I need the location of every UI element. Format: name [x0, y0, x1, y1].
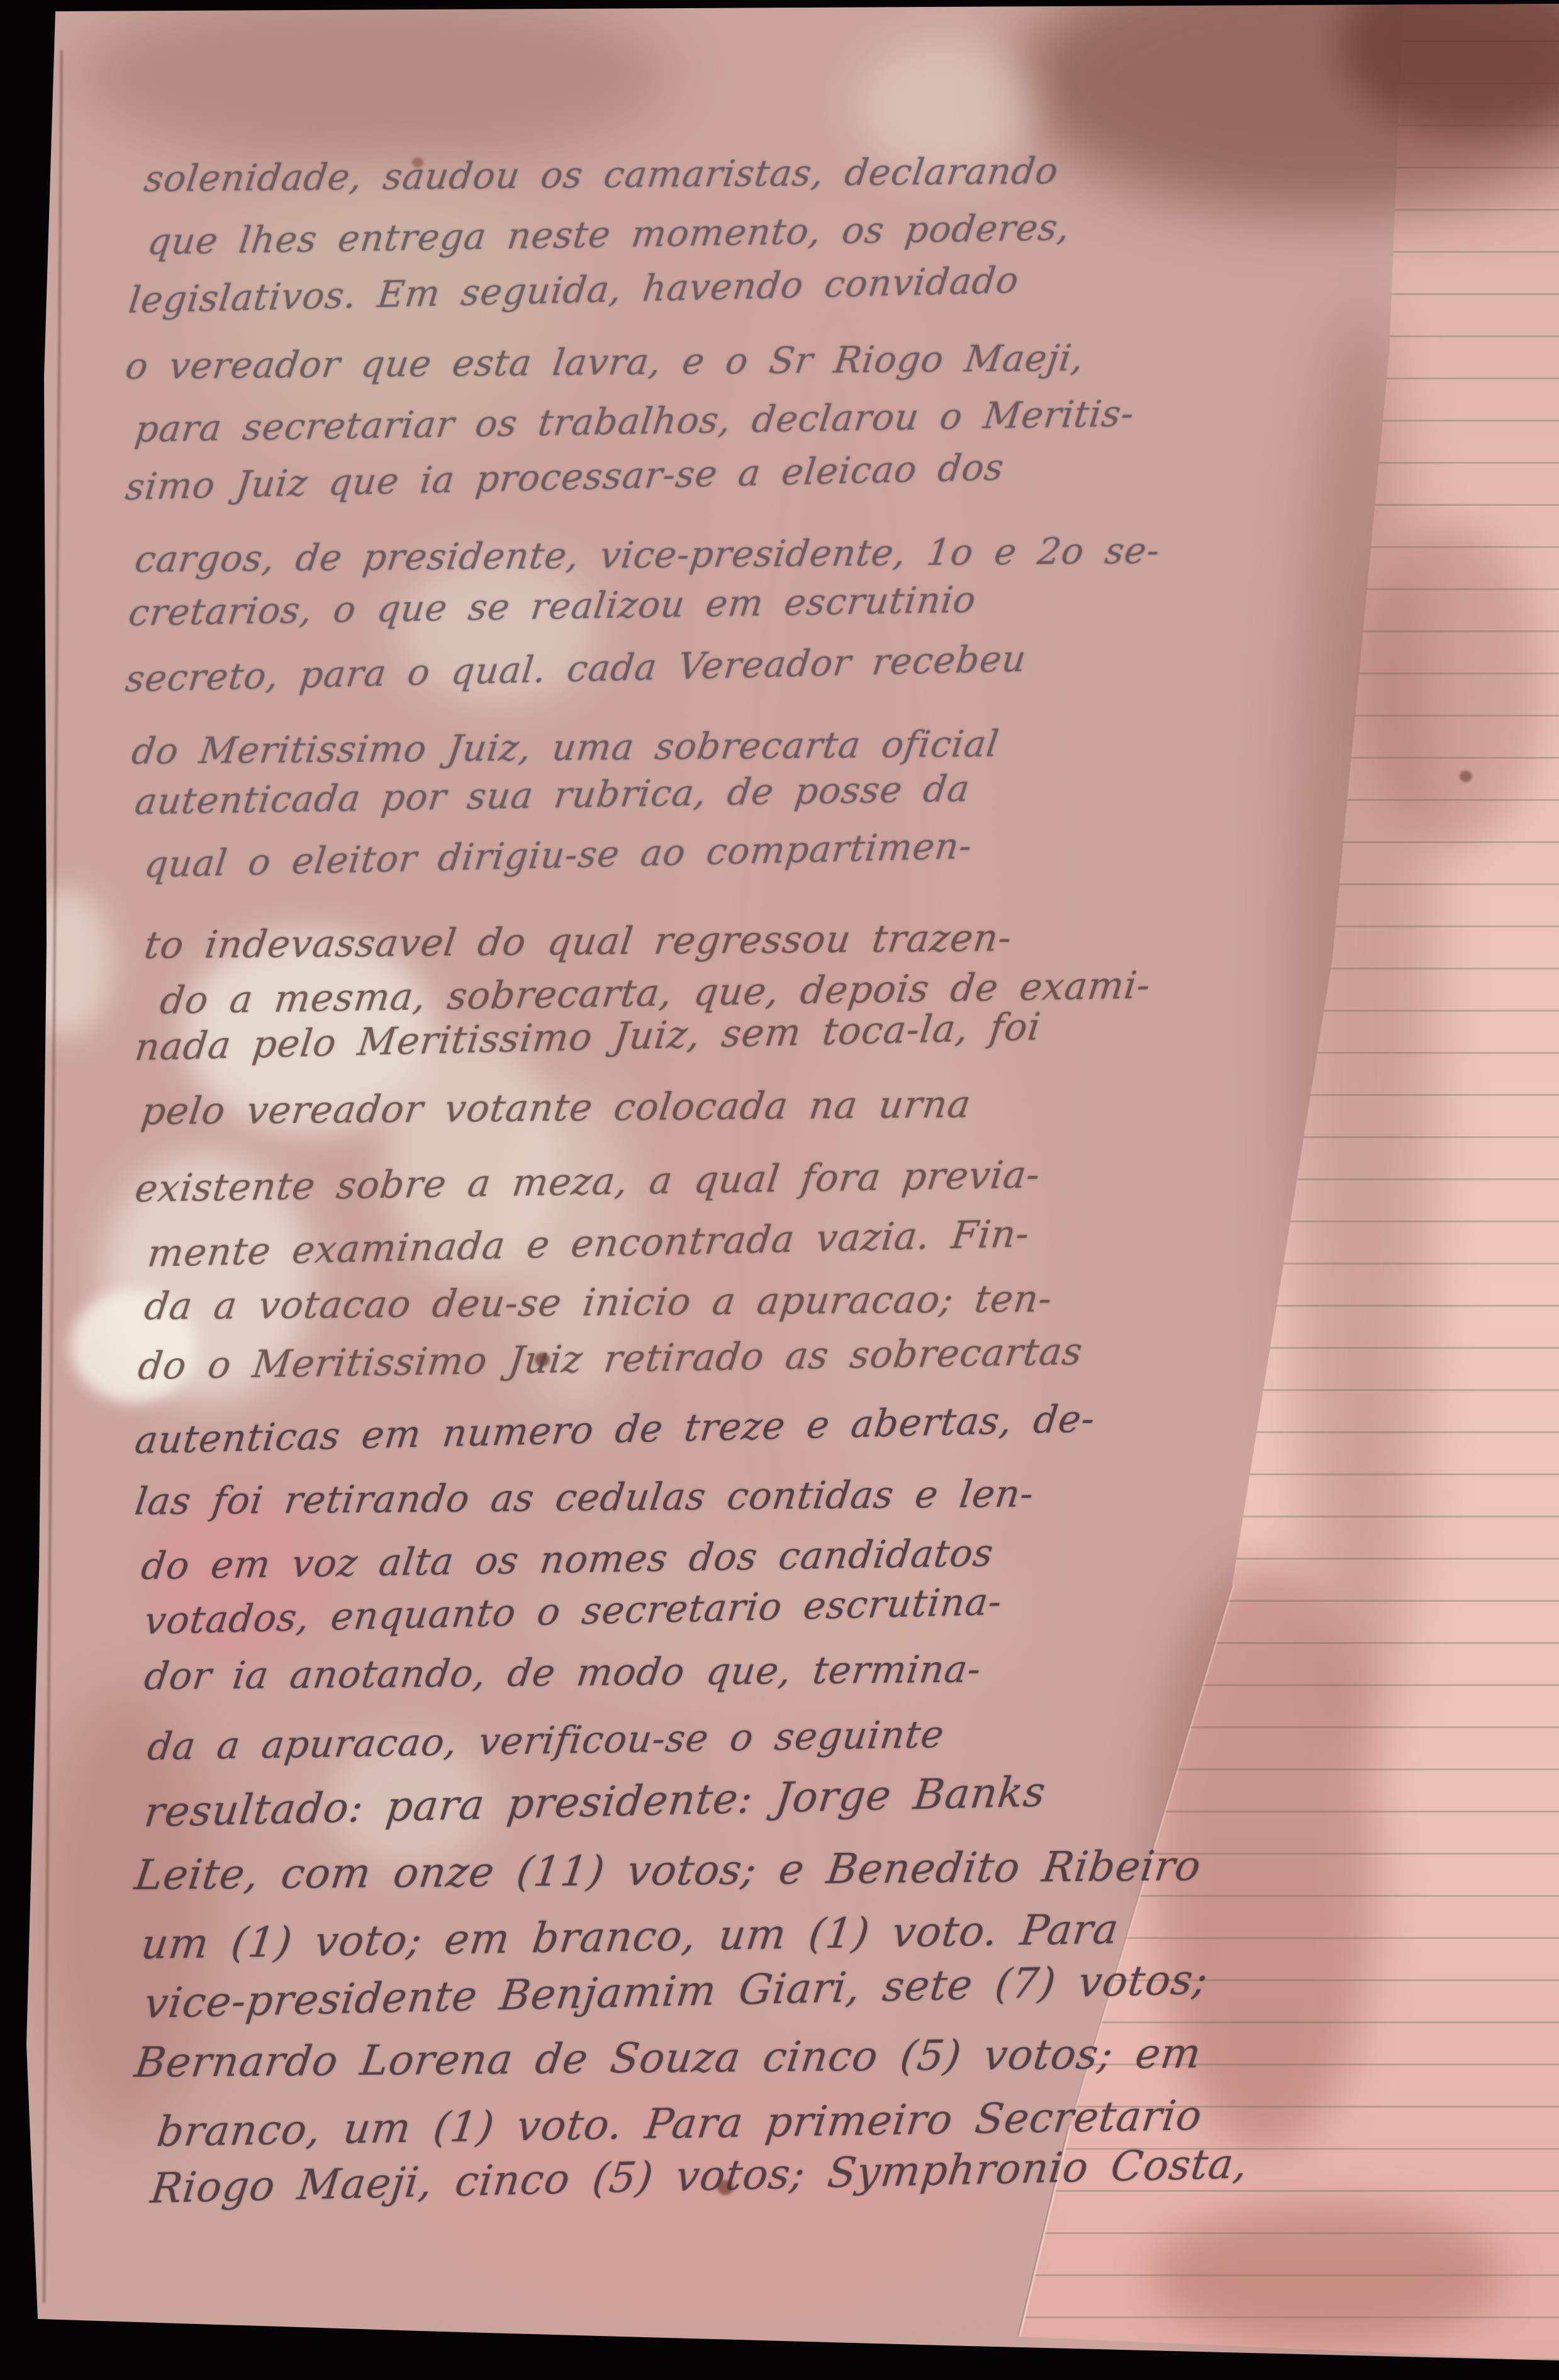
handwritten-line: da a votacao deu-se inicio a apuracao; t…	[142, 1277, 1054, 1329]
handwritten-line: Bernardo Lorena de Souza cinco (5) votos…	[132, 2029, 1204, 2087]
handwritten-line: cretarios, o que se realizou em escrutin…	[126, 578, 979, 634]
handwritten-line: autenticas em numero de treze e abertas,…	[133, 1397, 1098, 1463]
handwritten-line: Leite, com onze (11) votos; e Benedito R…	[132, 1841, 1204, 1899]
handwritten-line: votados, enquanto o secretario escrutina…	[142, 1580, 1005, 1643]
handwritten-line: resultado: para presidente: Jorge Banks	[142, 1767, 1048, 1836]
handwritten-line: pelo vereador votante colocada na urna	[138, 1082, 973, 1134]
handwritten-line: secreto, para o qual. cada Vereador rece…	[123, 637, 1029, 700]
handwritten-line: do o Meritissimo Juiz retirado as sobrec…	[136, 1329, 1085, 1388]
handwritten-line: autenticada por sua rubrica, de posse da	[133, 767, 973, 823]
handwritten-line: cargos, de presidente, vice-presidente, …	[133, 529, 1163, 581]
handwritten-line: qual o eleitor dirigiu-se ao compartimen…	[142, 824, 975, 886]
handwriting-layer: solenidade, saudou os camaristas, declar…	[0, 0, 1559, 2380]
handwritten-line: to indevassavel do qual regressou trazen…	[142, 916, 1014, 968]
handwritten-line: o vereador que esta lavra, e o Sr Riogo …	[123, 337, 1087, 388]
handwritten-line: las foi retirando as cedulas contidas e …	[132, 1472, 1036, 1524]
handwritten-line: da a apuracao, verificou-se o seguinte	[145, 1712, 947, 1769]
handwritten-line: do Meritissimo Juiz, uma sobrecarta ofic…	[130, 722, 1002, 773]
handwritten-line: legislativos. Em seguida, havendo convid…	[126, 259, 1021, 321]
handwritten-line: para secretariar os trabalhos, declarou …	[133, 392, 1137, 450]
handwritten-line: um (1) voto; em branco, um (1) voto. Par…	[138, 1905, 1122, 1969]
handwritten-line: mente examinada e encontrada vazia. Fin-	[145, 1212, 1032, 1276]
handwritten-line: solenidade, saudou os camaristas, declar…	[142, 149, 1061, 200]
handwritten-line: simo Juiz que ia processar-se a eleicao …	[123, 445, 1007, 508]
handwritten-line: que lhes entrega neste momento, os poder…	[145, 206, 1073, 263]
manuscript-page: solenidade, saudou os camaristas, declar…	[0, 0, 1559, 2380]
handwritten-line: do em voz alta os nomes dos candidatos	[139, 1531, 997, 1589]
handwritten-line: dor ia anotando, de modo que, termina-	[142, 1647, 984, 1699]
handwritten-line: existente sobre a meza, a qual fora prev…	[133, 1153, 1043, 1211]
scanner-background: solenidade, saudou os camaristas, declar…	[0, 0, 1559, 2380]
